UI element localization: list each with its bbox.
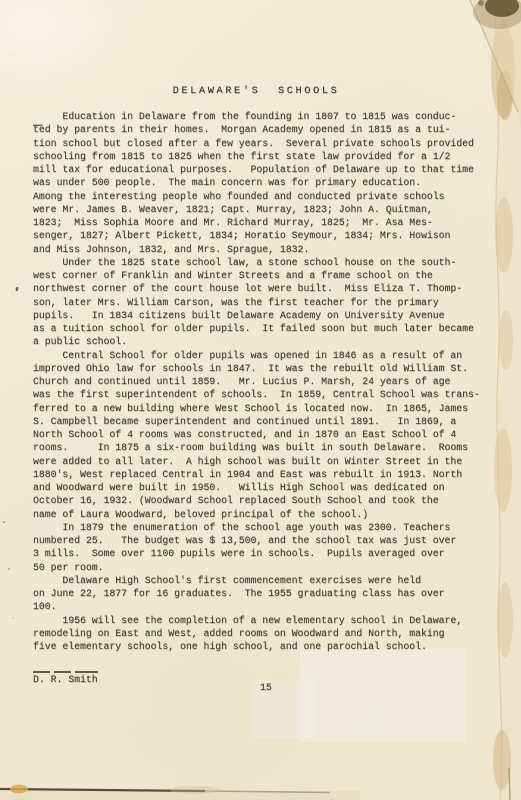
- paper-stain: [10, 785, 28, 794]
- text-line: schooling from 1815 to 1825 when the fir…: [33, 150, 480, 163]
- text-line: a public school.: [33, 335, 480, 348]
- text-line: rooms. In 1875 a six-room building was b…: [33, 441, 480, 454]
- page-number: 15: [260, 682, 272, 693]
- text-line: mill tax for educational purposes. Popul…: [33, 163, 480, 176]
- text-line: remodeling on East and West, added rooms…: [33, 627, 480, 640]
- text-line: and Miss Johnson, 1832, and Mrs. Sprague…: [33, 243, 480, 256]
- text-line: west corner of Franklin and Winter Stree…: [33, 269, 480, 282]
- text-line: pupils. In 1834 citizens built Delaware …: [33, 309, 480, 322]
- text-line: 100.: [33, 600, 480, 613]
- text-line: name of Laura Woodward, beloved principa…: [33, 508, 480, 521]
- deckle-edge: [491, 0, 521, 800]
- page-title: DELAWARE'S SCHOOLS: [33, 85, 479, 97]
- text-line: Under the 1825 state school law, a stone…: [33, 256, 480, 269]
- text-line: Central School for older pupils was open…: [33, 349, 480, 362]
- author-signature: D. R. Smith: [33, 674, 98, 685]
- text-line: five elementary schools, one high school…: [33, 640, 480, 653]
- scanned-page: DELAWARE'S SCHOOLS Education in Delaware…: [0, 0, 521, 800]
- text-line: was the first superintendent of schools.…: [33, 388, 480, 401]
- stray-marks: [3, 287, 19, 619]
- text-line: 50 per room.: [33, 561, 480, 574]
- text-line: was under 500 people. The main concern w…: [33, 176, 480, 189]
- text-line: as a tuition school for older pupils. It…: [33, 322, 480, 335]
- body-text: Education in Delaware from the founding …: [33, 110, 480, 653]
- text-line: northwest corner of the court house lot …: [33, 282, 480, 295]
- ink-stain: [473, 0, 521, 29]
- text-line: Delaware High School's first commencemen…: [33, 574, 480, 587]
- corner-highlight: [0, 0, 42, 58]
- text-line: improved Ohio law for schools in 1847. I…: [33, 362, 480, 375]
- text-line: tion school but closed after a few years…: [33, 137, 480, 150]
- text-line: Among the interesting people who founded…: [33, 190, 480, 203]
- text-line: were Mr. James B. Weaver, 1821; Capt. Mu…: [33, 203, 480, 216]
- text-line: In 1879 the enumeration of the school ag…: [33, 521, 480, 534]
- bottom-edge-line: [0, 785, 360, 800]
- text-line: and Woodward were built in 1950. Willis …: [33, 481, 480, 494]
- text-line: North School of 4 rooms was constructed,…: [33, 428, 480, 441]
- text-line: son, later Mrs. William Carson, was the …: [33, 296, 480, 309]
- text-line: on June 22, 1877 for 16 graduates. The 1…: [33, 587, 480, 600]
- text-line: October 16, 1932. (Woodward School repla…: [33, 494, 480, 507]
- corner-crease: [470, 0, 521, 128]
- text-line: were added to all later. A high school w…: [33, 455, 480, 468]
- signature-rule: [33, 671, 98, 673]
- text-line: numbered 25. The budget was $ 13,500, an…: [33, 534, 480, 547]
- text-line: S. Campbell became superintendent and co…: [33, 415, 480, 428]
- text-line: Education in Delaware from the founding …: [33, 110, 480, 123]
- light-patch: [252, 648, 465, 742]
- text-line: 3 mills. Some over 1100 pupils were in s…: [33, 547, 480, 560]
- text-line: senger, 1827; Albert Pickett, 1834; Hora…: [33, 229, 480, 242]
- text-line: ted by parents in their homes. Morgan Ac…: [33, 123, 480, 136]
- text-line: 1880's, West replaced Central in 1904 an…: [33, 468, 480, 481]
- text-line: Church and continued until 1859. Mr. Luc…: [33, 375, 480, 388]
- text-line: ferred to a new building where West Scho…: [33, 402, 480, 415]
- text-line: 1823; Miss Sophia Moore and Mr. Richard …: [33, 216, 480, 229]
- text-line: 1956 will see the completion of a new el…: [33, 614, 480, 627]
